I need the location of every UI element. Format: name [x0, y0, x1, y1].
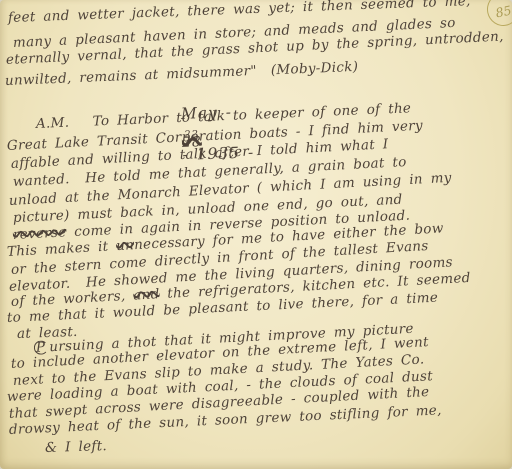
- journal-page: 85 feet and wetter jacket, there was yet…: [0, 0, 512, 469]
- quote-attribution: (Moby-Dick): [270, 59, 358, 78]
- page-number-circled: 85: [484, 0, 512, 29]
- paragraph-mark: P: [34, 340, 49, 355]
- journal-line: & I left.: [45, 439, 108, 456]
- struck-word: and: [133, 286, 160, 303]
- quote-text: unwilted, remains at midsummer": [5, 63, 257, 89]
- struck-letters: un: [116, 237, 135, 254]
- page-number-text: 85: [494, 2, 512, 20]
